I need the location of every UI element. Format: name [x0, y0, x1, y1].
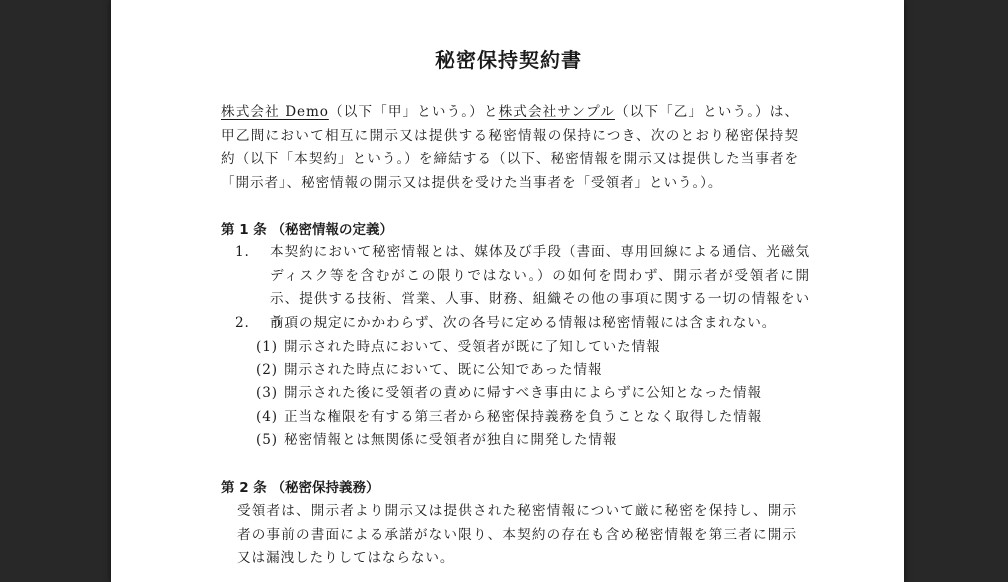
intro-paragraph: 株式会社 Demo（以下「甲」という。）と株式会社サンプル（以下「乙」という。）… — [221, 101, 799, 195]
item-number: 1. — [235, 241, 250, 265]
article-2-body: 受領者は、開示者より開示又は提供された秘密情報について厳に秘密を保持し、開示者の… — [237, 500, 797, 571]
article-1-heading: 第 1 条 （秘密情報の定義） — [221, 220, 393, 240]
intro-text-1: （以下「甲」という。）と — [329, 104, 499, 120]
subitem-text: 正当な権限を有する第三者から秘密保持義務を負うことなく取得した情報 — [284, 406, 824, 430]
party-a-name: 株式会社 Demo — [221, 104, 329, 120]
subitem-text: 開示された時点において、既に公知であった情報 — [284, 359, 824, 383]
subitem-text: 秘密情報とは無関係に受領者が独自に開発した情報 — [284, 429, 824, 453]
subitem-number: (2) — [256, 359, 278, 383]
document-title: 秘密保持契約書 — [221, 46, 796, 74]
subitem-text: 開示された時点において、受領者が既に了知していた情報 — [284, 336, 824, 360]
subitem-text: 開示された後に受領者の責めに帰すべき事由によらずに公知となった情報 — [284, 382, 824, 406]
document-page: 秘密保持契約書 株式会社 Demo（以下「甲」という。）と株式会社サンプル（以下… — [111, 0, 904, 582]
subitem-number: (5) — [256, 429, 278, 453]
subitem-number: (4) — [256, 406, 278, 430]
item-number: 2. — [235, 312, 250, 336]
subitem-number: (1) — [256, 336, 278, 360]
document-viewer: 秘密保持契約書 株式会社 Demo（以下「甲」という。）と株式会社サンプル（以下… — [0, 0, 1008, 582]
item-text: 前項の規定にかかわらず、次の各号に定める情報は秘密情報には含まれない。 — [270, 312, 810, 336]
subitem-number: (3) — [256, 382, 278, 406]
party-b-name: 株式会社サンプル — [499, 104, 615, 120]
article-2-heading: 第 2 条 （秘密保持義務） — [221, 478, 380, 498]
